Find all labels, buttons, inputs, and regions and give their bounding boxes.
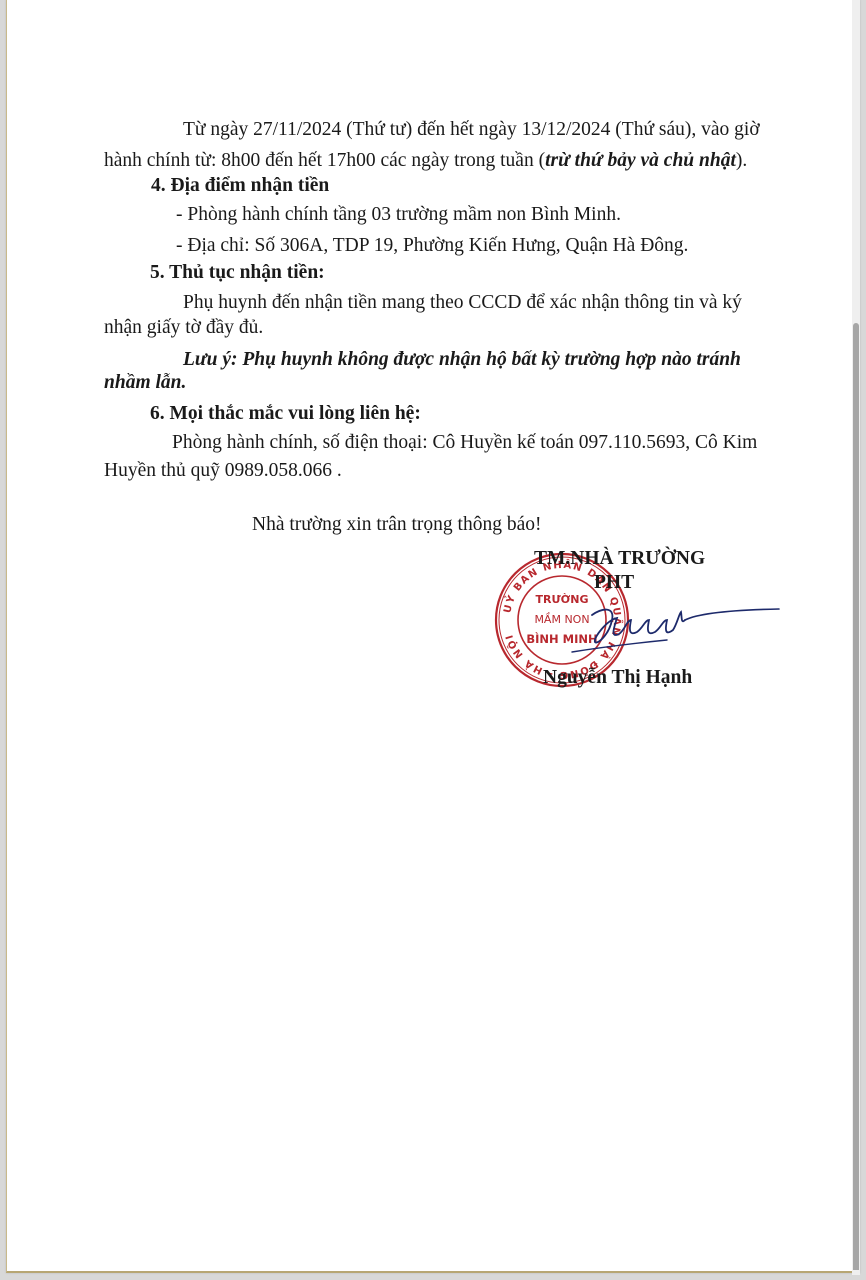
document-page: Từ ngày 27/11/2024 (Thứ tư) đến hết ngày… [6, 0, 860, 1273]
section-6-heading: 6. Mọi thắc mắc vui lòng liên hệ: [150, 404, 421, 424]
section-5-heading: 5. Thủ tục nhận tiền: [150, 263, 325, 283]
signature-title: TM.NHÀ TRƯỜNG [534, 549, 705, 569]
intro-line-2-suffix: ). [736, 150, 747, 171]
section-5-body-line-2: nhận giấy tờ đầy đủ. [104, 318, 263, 338]
section-5-body-line-1: Phụ huynh đến nhận tiền mang theo CCCD đ… [183, 293, 742, 313]
section-4-heading: 4. Địa điểm nhận tiền [151, 176, 329, 196]
closing-statement: Nhà trường xin trân trọng thông báo! [252, 515, 542, 535]
vertical-scrollbar-thumb[interactable] [853, 323, 859, 1270]
intro-line-1: Từ ngày 27/11/2024 (Thứ tư) đến hết ngày… [183, 120, 760, 140]
document-viewer: Từ ngày 27/11/2024 (Thứ tư) đến hết ngày… [0, 0, 866, 1280]
intro-line-2-prefix: hành chính từ: 8h00 đến hết 17h00 các ng… [104, 150, 545, 171]
section-5-note-line-1: Lưu ý: Phụ huynh không được nhận hộ bất … [183, 350, 741, 370]
section-4-item-2: - Địa chỉ: Số 306A, TDP 19, Phường Kiến … [176, 236, 688, 256]
handwritten-signature [567, 590, 782, 660]
intro-line-2: hành chính từ: 8h00 đến hết 17h00 các ng… [104, 151, 747, 171]
section-4-item-1: - Phòng hành chính tầng 03 trường mầm no… [176, 205, 621, 225]
section-5-note-line-2: nhầm lẫn. [104, 373, 186, 393]
section-6-body-line-1: Phòng hành chính, số điện thoại: Cô Huyề… [172, 433, 757, 453]
intro-line-2-emphasis: trừ thứ bảy và chủ nhật [545, 150, 736, 171]
section-6-body-line-2: Huyền thủ quỹ 0989.058.066 . [104, 461, 342, 481]
signer-name: Nguyễn Thị Hạnh [543, 668, 692, 688]
